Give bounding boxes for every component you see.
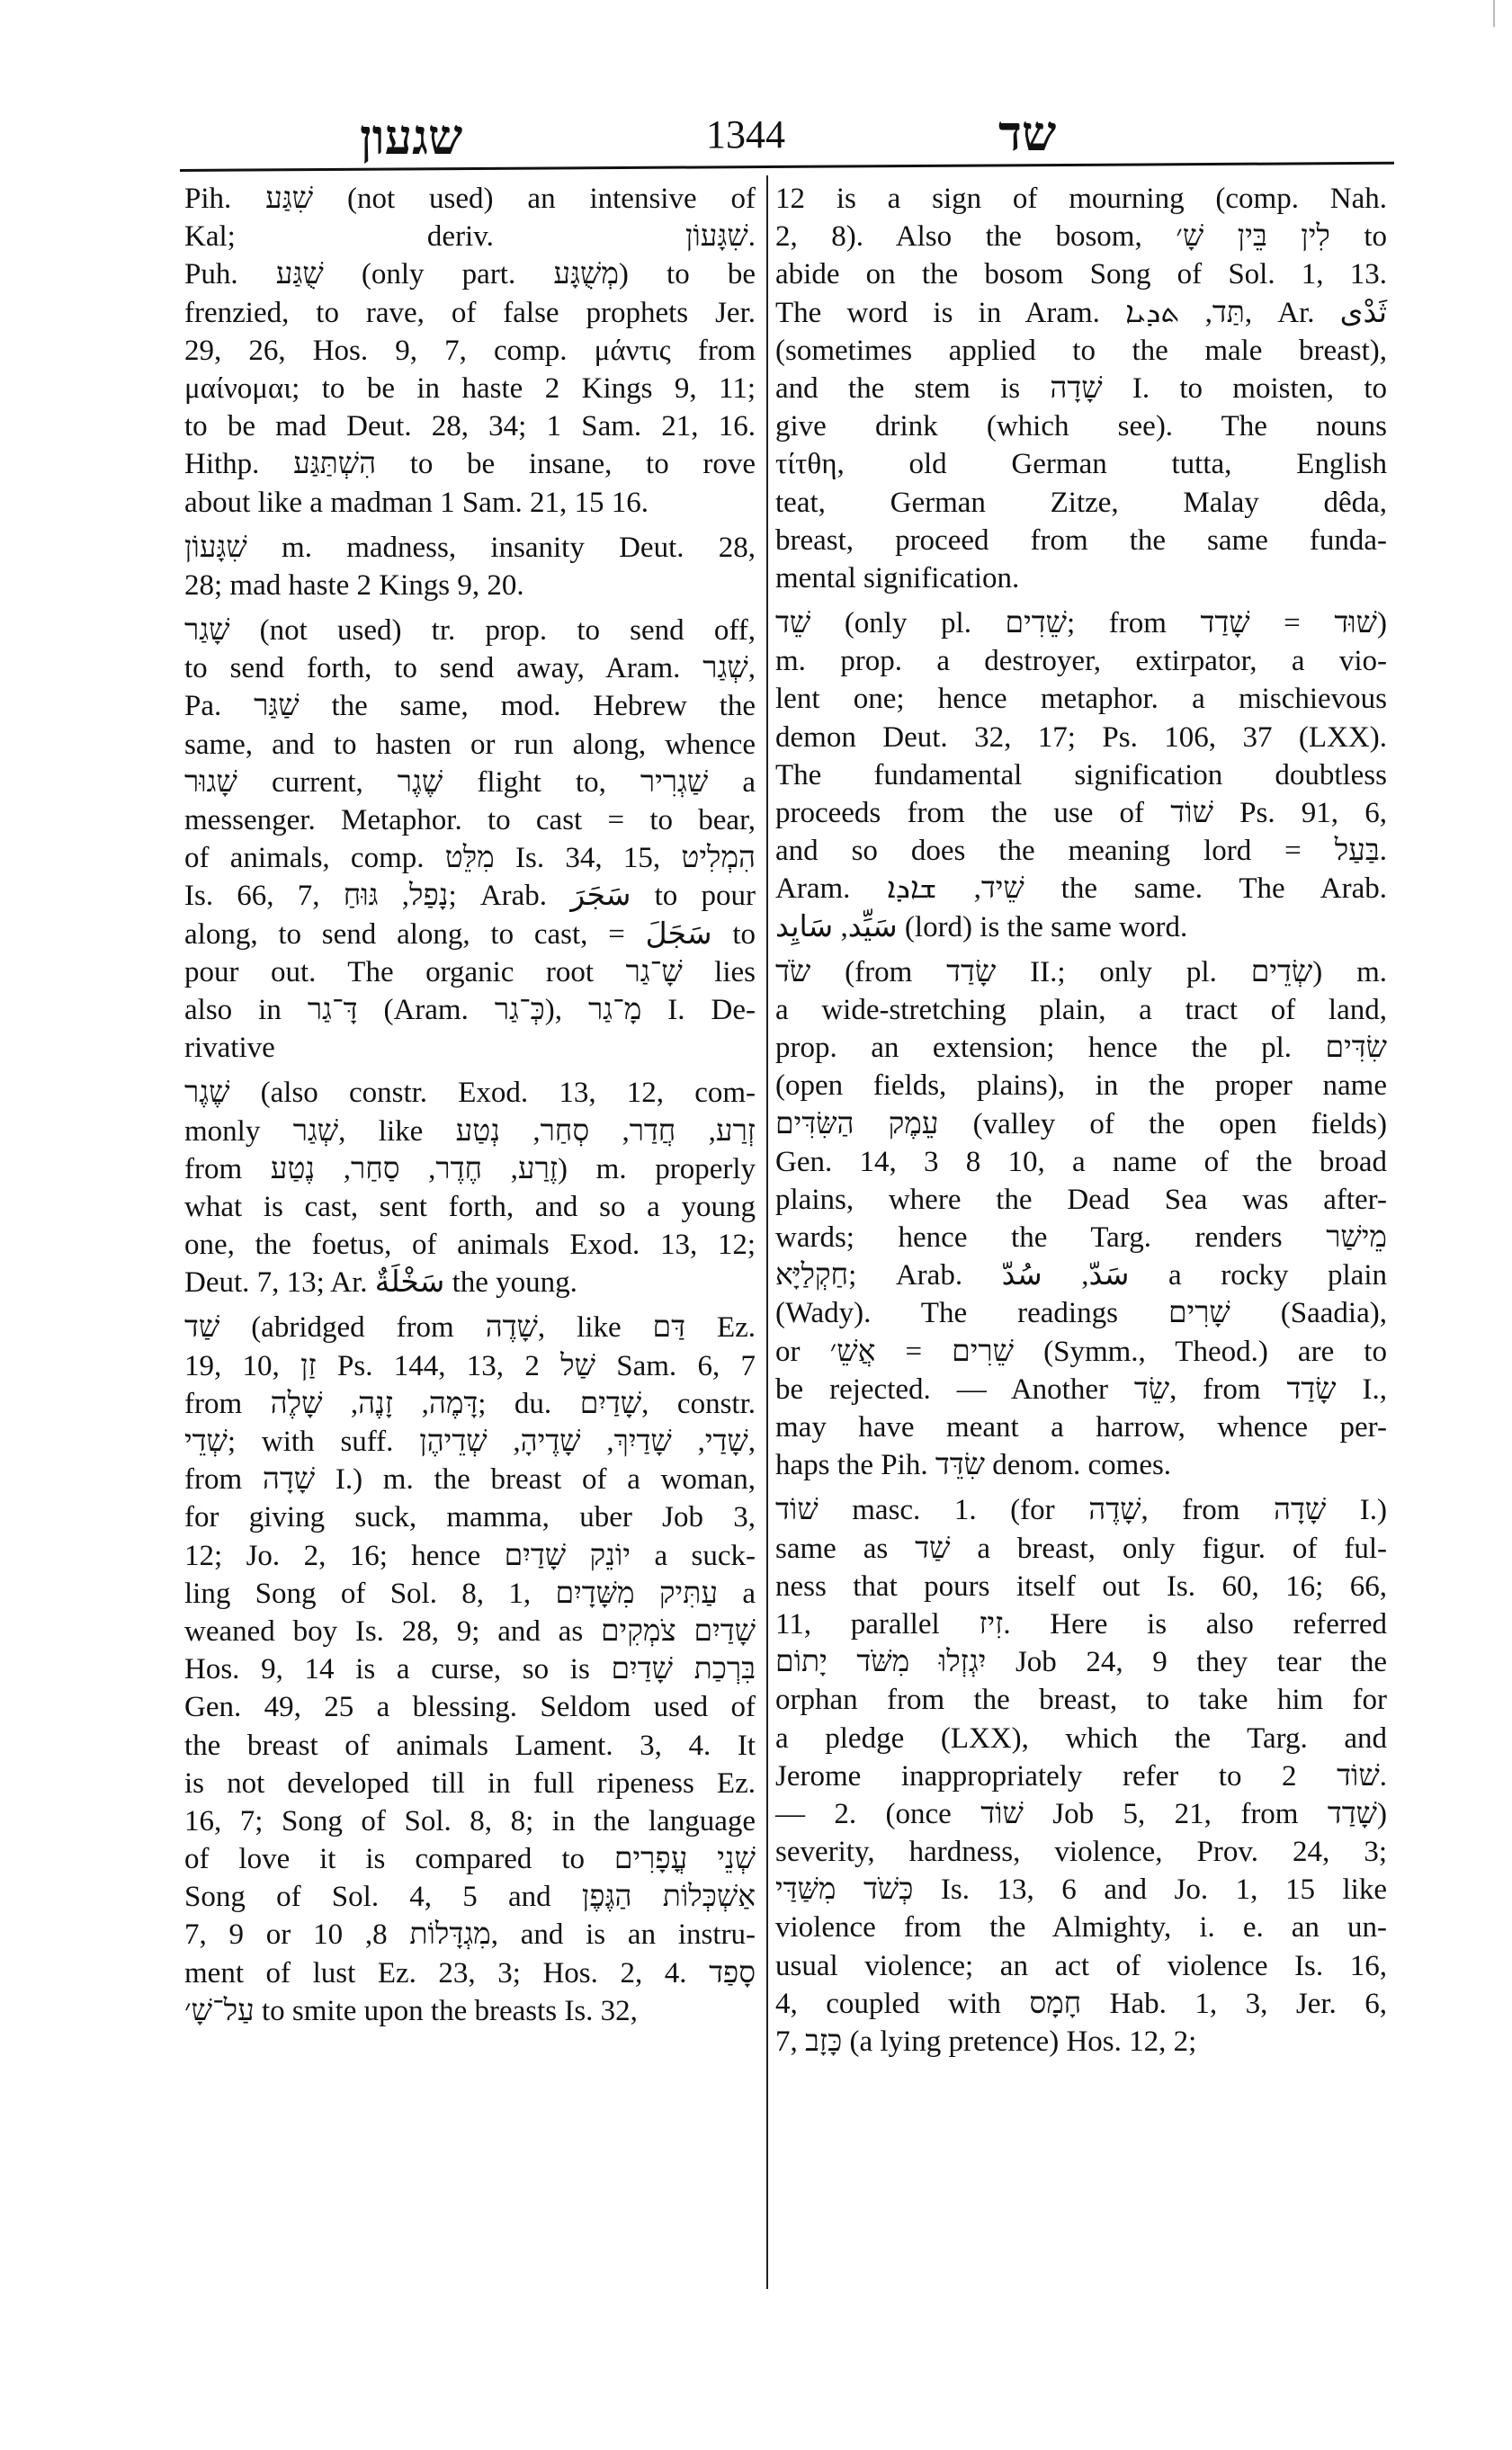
text-line: Gen. 49, 25 a blessing. Seldom used of: [184, 1688, 756, 1726]
text-line: יִגְזְלוּ מִשֹּׁד יָתוֹם Job 24, 9 they …: [775, 1643, 1387, 1681]
text-line: עֵמֶק הַשִּׂדִּים (valley of the open fi…: [775, 1105, 1387, 1143]
text-line: Hithp. הִשְׁתַּגַּע to be insane, to rov…: [184, 445, 756, 483]
text-line: and so does the meaning lord = בַּעַל.: [775, 832, 1387, 870]
text-line: Puh. שֻׁגַּע (only part. מְשֻׁגָּע) to b…: [184, 255, 756, 293]
text-line: to send forth, to send away, Aram. שְׁגַ…: [184, 649, 756, 687]
entry-gap: [184, 604, 756, 612]
text-line: 19, 10, זַן Ps. 144, 13, שַׁל 2 Sam. 6, …: [184, 1347, 756, 1385]
text-line: 4, coupled with חָמָס Hab. 1, 3, Jer. 6,: [775, 1985, 1387, 2023]
text-line: plains, where the Dead Sea was after-: [775, 1181, 1387, 1219]
left-guide-word: שגעון: [360, 108, 462, 165]
text-line: of animals, comp. מִלֵּט Is. 34, 15, הִמ…: [184, 839, 756, 877]
text-line: שֶׁגֶר (also constr. Exod. 13, 12, com-: [184, 1074, 756, 1112]
text-line: שֵׁד (only pl. שֵׁדִים; from שׁוּד = שָׁ…: [775, 604, 1387, 642]
text-line: (Wady). The readings שָׁרִים (Saadia),: [775, 1294, 1387, 1332]
text-line: or שֵׁרִים = אֲשֵׁ׳ (Symm., Theod.) are …: [775, 1333, 1387, 1371]
text-line: from דָּמֶה, זָנֶה, שָׁלֶה; du. שָׁדַיִם…: [184, 1385, 756, 1423]
text-line: may have meant a harrow, whence per-: [775, 1408, 1387, 1446]
text-line: same as שַׁד a breast, only figur. of fu…: [775, 1530, 1387, 1568]
text-line: one, the foetus, of animals Exod. 13, 12…: [184, 1226, 756, 1264]
text-line: from זֶרַע, חֶדֶר, סַחַר, נֶטַע) m. prop…: [184, 1150, 756, 1188]
text-line: Hos. 9, 14 is a curse, so is בִּרְכַת שָ…: [184, 1650, 756, 1688]
entry-gap: [775, 597, 1387, 604]
text-line: also in דָּ־גַר (Aram. כְּ־גַר), מָ־גַר …: [184, 991, 756, 1029]
text-line: of love it is compared to שְׁנֵי עֳפָרִי…: [184, 1840, 756, 1878]
text-line: same, and to hasten or run along, whence: [184, 726, 756, 764]
text-line: חַקְלַיָּא; Arab. سَدّ, سُدّ a rocky pla…: [775, 1256, 1387, 1294]
right-guide-word: שד: [998, 104, 1056, 162]
text-line: Song of Sol. 4, 5 and אַשְׁכְּלוֹת הַגֶּ…: [184, 1878, 756, 1916]
text-line: 12; Jo. 2, 16; hence יוֹנֵק שָׁדַיִם a s…: [184, 1537, 756, 1575]
text-line: violence from the Almighty, i. e. an un-: [775, 1909, 1387, 1946]
text-line: a wide-stretching plain, a tract of land…: [775, 991, 1387, 1029]
text-line: usual violence; an act of violence Is. 1…: [775, 1947, 1387, 1985]
text-line: give drink (which see). The nouns: [775, 407, 1387, 445]
text-line: monly שְׁגַר, like זְרַע, חֲדַר, סְחַר, …: [184, 1113, 756, 1150]
text-line: Aram. שֵׁיד, ܫܐܕܐ the same. The Arab.: [775, 870, 1387, 908]
text-line: שַׁד (abridged from שָׁדֶה, like דַּם Ez…: [184, 1309, 756, 1346]
text-line: שִׁגָּעוֹן m. madness, insanity Deut. 28…: [184, 529, 756, 567]
text-line: 16, 7; Song of Sol. 8, 8; in the languag…: [184, 1802, 756, 1840]
text-line: שֹׂד (from שָׂדַד II.; only pl. שְׂדֵים)…: [775, 953, 1387, 991]
right-column: 12 is a sign of mourning (comp. Nah.2, 8…: [775, 180, 1387, 2061]
text-line: עַל־שָׁ׳ to smite upon the breasts Is. 3…: [184, 1992, 756, 2030]
text-line: שׁוֹד masc. 1. (for שָׁדֶה, from שָׁדָה …: [775, 1491, 1387, 1529]
text-line: wards; hence the Targ. renders מֵישַׁר: [775, 1219, 1387, 1256]
text-line: ness that pours itself out Is. 60, 16; 6…: [775, 1568, 1387, 1605]
text-line: Deut. 7, 13; Ar. سَخْلَةٌ the young.: [184, 1264, 756, 1301]
entry-gap: [775, 946, 1387, 953]
text-line: m. prop. a destroyer, extirpator, a vio-: [775, 642, 1387, 680]
text-line: from שָׁדָה I.) m. the breast of a woman…: [184, 1461, 756, 1498]
text-line: (open fields, plains), in the proper nam…: [775, 1067, 1387, 1104]
text-line: Gen. 14, 3 8 10, a name of the broad: [775, 1143, 1387, 1181]
text-line: lent one; hence metaphor. a mischievous: [775, 680, 1387, 718]
text-line: 11, parallel זִיז. Here is also referred: [775, 1605, 1387, 1643]
text-line: שָׁגַר (not used) tr. prop. to send off,: [184, 612, 756, 649]
text-line: כְּשֹׁד מִשַּׁדַּי Is. 13, 6 and Jo. 1, …: [775, 1871, 1387, 1909]
entry-gap: [184, 1301, 756, 1309]
text-line: — 2. (once שׁוֹד Job 5, 21, from שָׁדַד): [775, 1795, 1387, 1833]
text-line: frenzied, to rave, of false prophets Jer…: [184, 294, 756, 332]
scan-edge-mark: [1493, 0, 1495, 27]
text-line: breast, proceed from the same funda-: [775, 522, 1387, 559]
text-line: Is. 66, 7, נָפַל, גּוּחַ; Arab. سَجَرَ t…: [184, 877, 756, 915]
text-line: for giving suck, mamma, uber Job 3,: [184, 1498, 756, 1536]
left-column: Pih. שִׁגַּע (not used) an intensive ofK…: [184, 180, 756, 2030]
text-line: ling Song of Sol. 8, 1, עַתִּיק מִשָּׁדָ…: [184, 1575, 756, 1613]
text-line: τίτθη, old German tutta, English: [775, 445, 1387, 483]
text-line: orphan from the breast, to take him for: [775, 1681, 1387, 1719]
text-line: rivative: [184, 1029, 756, 1067]
text-line: (sometimes applied to the male breast),: [775, 332, 1387, 370]
text-line: severity, hardness, violence, Prov. 24, …: [775, 1833, 1387, 1871]
text-line: pour out. The organic root שָׁ־גַר lies: [184, 953, 756, 991]
dictionary-page: שגעון 1344 שד Pih. שִׁגַּע (not used) an…: [0, 0, 1512, 2450]
text-line: Pih. שִׁגַּע (not used) an intensive of: [184, 180, 756, 218]
text-line: Pa. שַׁגַּר the same, mod. Hebrew the: [184, 687, 756, 725]
text-line: 2, 8). Also the bosom, לִין בֵּין שָׁ׳ t…: [775, 218, 1387, 255]
text-line: שָׁגוּר current, שֶׁגֶר flight to, שַׁגְ…: [184, 764, 756, 801]
entry-gap: [184, 1067, 756, 1074]
text-line: to be mad Deut. 28, 34; 1 Sam. 21, 16.: [184, 407, 756, 445]
text-line: سَيِّد, سَايِد (lord) is the same word.: [775, 908, 1387, 946]
entry-gap: [775, 1484, 1387, 1491]
page-header: שגעון 1344 שד: [184, 99, 1390, 171]
text-line: 29, 26, Hos. 9, 7, comp. μάντις from: [184, 332, 756, 370]
text-line: weaned boy Is. 28, 9; and as שָׁדַיִם צֹ…: [184, 1613, 756, 1650]
text-line: Kal; deriv. שִׁגָּעוֹן.: [184, 218, 756, 255]
text-line: demon Deut. 32, 17; Ps. 106, 37 (LXX).: [775, 719, 1387, 756]
text-line: mental signification.: [775, 559, 1387, 597]
text-line: haps the Pih. שִׂדֵּד denom. comes.: [775, 1446, 1387, 1484]
entry-gap: [184, 522, 756, 529]
text-line: שְׁדֵי; with suff. שָׁדַי, שָׁדַיִךְ, שָ…: [184, 1423, 756, 1461]
text-line: 7, 9 or מִגְדָּלוֹת 8, 10, and is an ins…: [184, 1916, 756, 1954]
text-line: 28; mad haste 2 Kings 9, 20.: [184, 567, 756, 604]
text-line: ment of lust Ez. 23, 3; Hos. 2, 4. סָפַד: [184, 1954, 756, 1992]
text-line: messenger. Metaphor. to cast = to bear,: [184, 801, 756, 839]
text-line: what is cast, sent forth, and so a young: [184, 1188, 756, 1226]
text-line: the breast of animals Lament. 3, 4. It: [184, 1727, 756, 1765]
column-divider: [766, 175, 768, 2289]
text-line: about like a madman 1 Sam. 21, 15 16.: [184, 484, 756, 522]
text-line: 7, כָּזָב (a lying pretence) Hos. 12, 2;: [775, 2023, 1387, 2061]
text-line: abide on the bosom Song of Sol. 1, 13.: [775, 255, 1387, 293]
text-line: is not developed till in full ripeness E…: [184, 1765, 756, 1802]
text-line: be rejected. — Another שֵׂד, from שָׂדַד…: [775, 1371, 1387, 1408]
text-line: a pledge (LXX), which the Targ. and: [775, 1720, 1387, 1757]
text-line: 12 is a sign of mourning (comp. Nah.: [775, 180, 1387, 218]
page-number: 1344: [706, 112, 785, 157]
text-line: μαίνομαι; to be in haste 2 Kings 9, 11;: [184, 370, 756, 407]
text-line: The word is in Aram. תַּד, ܬܕܝܐ, Ar. ثَد…: [775, 294, 1387, 332]
text-line: and the stem is שָׁדָה I. to moisten, to: [775, 370, 1387, 407]
text-line: The fundamental signification doubtless: [775, 756, 1387, 794]
text-line: Jerome inappropriately refer to שׁוֹד 2.: [775, 1757, 1387, 1795]
text-line: prop. an extension; hence the pl. שִׂדִּ…: [775, 1029, 1387, 1067]
text-line: teat, German Zitze, Malay dêda,: [775, 484, 1387, 522]
text-line: proceeds from the use of שׁוֹד Ps. 91, 6…: [775, 794, 1387, 832]
text-line: along, to send along, to cast, = سَجَلَ …: [184, 916, 756, 953]
